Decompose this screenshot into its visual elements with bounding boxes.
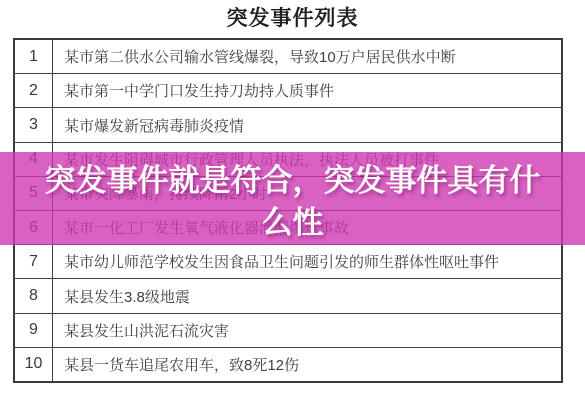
table-row: 10 某县一货车追尾农用车，致8死12伤 xyxy=(15,347,561,381)
row-event-text: 某市第二供水公司输水管线爆裂，导致10万户居民供水中断 xyxy=(53,40,561,73)
table-row: 9 某县发生山洪泥石流灾害 xyxy=(15,313,561,347)
page: 突发事件列表 1 某市第二供水公司输水管线爆裂，导致10万户居民供水中断 2 某… xyxy=(0,0,585,400)
row-event-text: 某县一货车追尾农用车，致8死12伤 xyxy=(53,348,561,381)
row-number: 7 xyxy=(15,245,53,278)
row-event-text: 某市突降暴雨，持续降雨2小时 xyxy=(53,177,561,210)
row-number: 5 xyxy=(15,177,53,210)
table-row: 1 某市第二供水公司输水管线爆裂，导致10万户居民供水中断 xyxy=(15,40,561,73)
row-number: 1 xyxy=(15,40,53,73)
table-row: 3 某市爆发新冠病毒肺炎疫情 xyxy=(15,107,561,141)
table-row: 6 某市一化工厂发生氧气液化器泄漏爆炸事故 xyxy=(15,210,561,244)
row-number: 8 xyxy=(15,279,53,312)
table-row: 7 某市幼儿师范学校发生因食品卫生问题引发的师生群体性呕吐事件 xyxy=(15,244,561,278)
row-number: 6 xyxy=(15,211,53,244)
row-event-text: 某市第一中学门口发生持刀劫持人质事件 xyxy=(53,74,561,107)
table-row: 5 某市突降暴雨，持续降雨2小时 xyxy=(15,176,561,210)
row-number: 2 xyxy=(15,74,53,107)
row-number: 4 xyxy=(15,143,53,176)
row-number: 10 xyxy=(15,348,53,381)
table-row: 4 某市发生阻碍城市行政管理人员执法，执法人员被打事件 xyxy=(15,142,561,176)
row-event-text: 某县发生山洪泥石流灾害 xyxy=(53,314,561,347)
table-row: 8 某县发生3.8级地震 xyxy=(15,278,561,312)
row-event-text: 某市一化工厂发生氧气液化器泄漏爆炸事故 xyxy=(53,211,561,244)
table-row: 2 某市第一中学门口发生持刀劫持人质事件 xyxy=(15,73,561,107)
row-number: 3 xyxy=(15,108,53,141)
row-event-text: 某市发生阻碍城市行政管理人员执法，执法人员被打事件 xyxy=(53,143,561,176)
page-title: 突发事件列表 xyxy=(0,3,585,33)
row-event-text: 某市幼儿师范学校发生因食品卫生问题引发的师生群体性呕吐事件 xyxy=(53,245,561,278)
row-event-text: 某县发生3.8级地震 xyxy=(53,279,561,312)
event-table: 1 某市第二供水公司输水管线爆裂，导致10万户居民供水中断 2 某市第一中学门口… xyxy=(13,38,563,383)
row-number: 9 xyxy=(15,314,53,347)
row-event-text: 某市爆发新冠病毒肺炎疫情 xyxy=(53,108,561,141)
